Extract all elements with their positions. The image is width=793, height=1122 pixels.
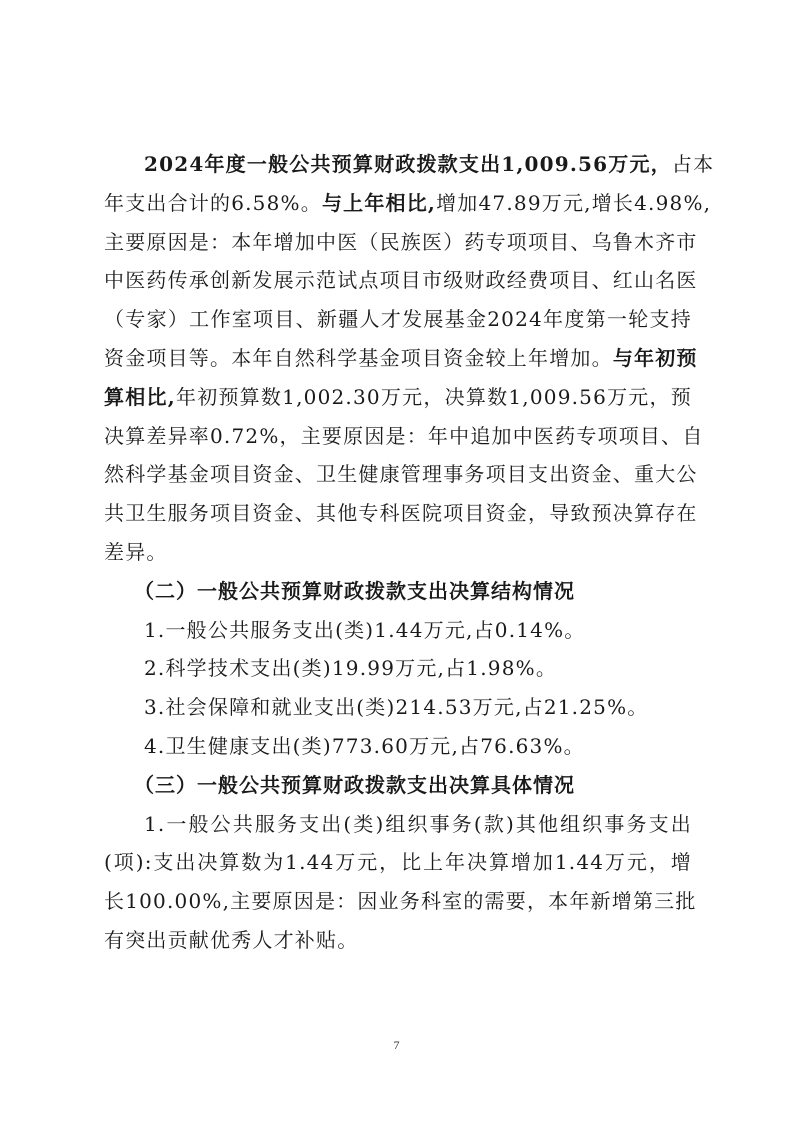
text: 中医药传承创新发展示范试点项目市级财政经费项目、红山名医 [104,268,698,292]
paragraph-line: 1.一般公共服务支出(类)组织事务(款)其他组织事务支出 [104,805,692,844]
page-number: 7 [0,1038,793,1053]
text: 年初预算数1,002.30万元，决算数1,009.56万元，预 [176,385,692,409]
section-expenditure-structure: （二）一般公共预算财政拨款支出决算结构情况 1.一般公共服务支出(类)1.44万… [104,572,692,766]
document-page: 2024年度一般公共预算财政拨款支出1,009.56万元，占本 年支出合计的6.… [104,145,692,960]
text: 主要原因是：本年增加中医（民族医）药专项项目、乌鲁木齐市 [104,230,698,254]
text: 共卫生服务项目资金、其他专科医院项目资金，导致预决算存在 [104,501,698,525]
paragraph-line: 共卫生服务项目资金、其他专科医院项目资金，导致预决算存在 [104,494,692,533]
bold-text: 算相比, [104,385,176,409]
text: 差异。 [104,540,168,564]
paragraph-line: 资金项目等。本年自然科学基金项目资金较上年增加。与年初预 [104,339,692,378]
paragraph-line: 决算差异率0.72%，主要原因是：年中追加中医药专项项目、自 [104,417,692,456]
list-item: 1.一般公共服务支出(类)1.44万元,占0.14%。 [104,611,692,650]
text: 资金项目等。本年自然科学基金项目资金较上年增加。 [104,346,613,370]
section-heading: （二）一般公共预算财政拨款支出决算结构情况 [104,572,692,611]
text: 然科学基金项目资金、卫生健康管理事务项目支出资金、重大公 [104,462,698,486]
paragraph-line: 差异。 [104,533,692,572]
paragraph-line: 中医药传承创新发展示范试点项目市级财政经费项目、红山名医 [104,261,692,300]
text: （专家）工作室项目、新疆人才发展基金2024年度第一轮支持 [104,307,692,331]
text: 增加47.89万元,增长4.98%, [436,191,711,215]
section-heading: （三）一般公共预算财政拨款支出决算具体情况 [104,766,692,805]
paragraph-line: 主要原因是：本年增加中医（民族医）药专项项目、乌鲁木齐市 [104,223,692,262]
paragraph-line: 2024年度一般公共预算财政拨款支出1,009.56万元，占本 [104,145,692,184]
paragraph-line: 有突出贡献优秀人才补贴。 [104,921,692,960]
paragraph-line: 然科学基金项目资金、卫生健康管理事务项目支出资金、重大公 [104,455,692,494]
list-item: 4.卫生健康支出(类)773.60万元,占76.63%。 [104,727,692,766]
paragraph-line: 算相比,年初预算数1,002.30万元，决算数1,009.56万元，预 [104,378,692,417]
bold-text: 与年初预 [613,346,698,370]
list-item: 3.社会保障和就业支出(类)214.53万元,占21.25%。 [104,688,692,727]
paragraph-line: 长100.00%,主要原因是：因业务科室的需要，本年新增第三批 [104,882,692,921]
paragraph-budget-summary: 2024年度一般公共预算财政拨款支出1,009.56万元，占本 年支出合计的6.… [104,145,692,572]
paragraph-line: (项):支出决算数为1.44万元，比上年决算增加1.44万元，增 [104,843,692,882]
paragraph-line: （专家）工作室项目、新疆人才发展基金2024年度第一轮支持 [104,300,692,339]
bold-text: 2024年度一般公共预算财政拨款支出1,009.56万元， [144,152,672,176]
text: 占本 [672,152,714,176]
text: 决算差异率0.72%，主要原因是：年中追加中医药专项项目、自 [104,424,704,448]
list-item: 2.科学技术支出(类)19.99万元,占1.98%。 [104,649,692,688]
text: 年支出合计的6.58%。 [104,191,322,215]
section-expenditure-details: （三）一般公共预算财政拨款支出决算具体情况 1.一般公共服务支出(类)组织事务(… [104,766,692,960]
paragraph-line: 年支出合计的6.58%。与上年相比,增加47.89万元,增长4.98%, [104,184,692,223]
bold-text: 与上年相比, [322,191,436,215]
